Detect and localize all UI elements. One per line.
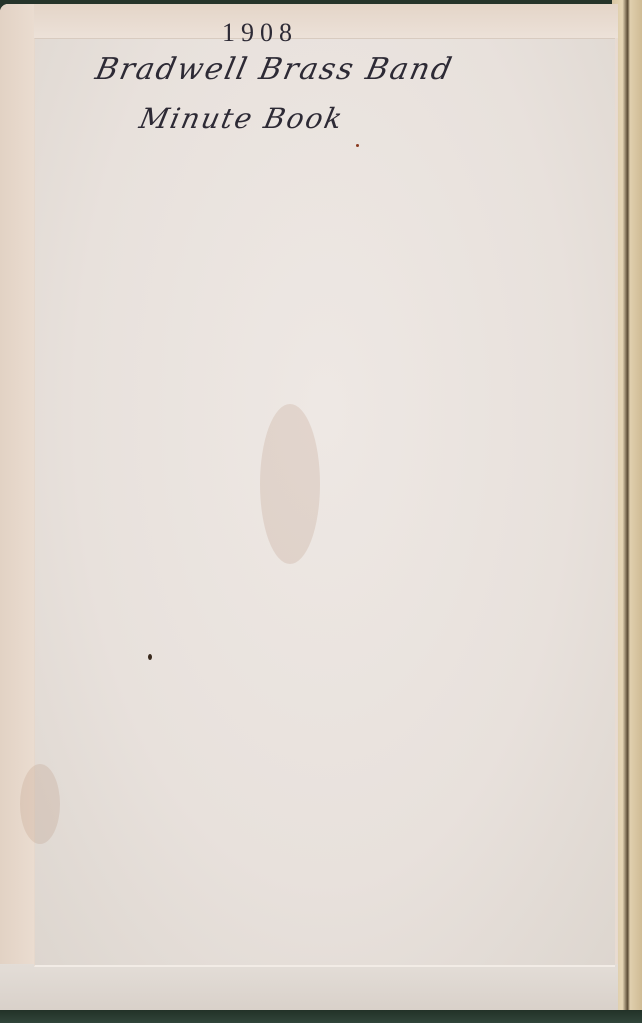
paper-stain xyxy=(260,404,320,564)
top-turn-in xyxy=(0,4,618,38)
endpaper xyxy=(34,38,615,967)
paper-stain xyxy=(20,764,60,844)
photo-scene: 1908 Bradwell Brass Band Minute Book xyxy=(0,0,642,1023)
ink-spot xyxy=(148,654,152,660)
inscription-title: Bradwell Brass Band xyxy=(92,52,456,87)
bottom-turn-in xyxy=(0,964,618,1010)
left-turn-in xyxy=(0,4,34,1010)
ink-spot xyxy=(356,144,359,147)
inscription-year: 1908 xyxy=(222,18,298,48)
book-page: 1908 Bradwell Brass Band Minute Book xyxy=(0,4,618,1010)
inscription-subtitle: Minute Book xyxy=(136,102,347,135)
